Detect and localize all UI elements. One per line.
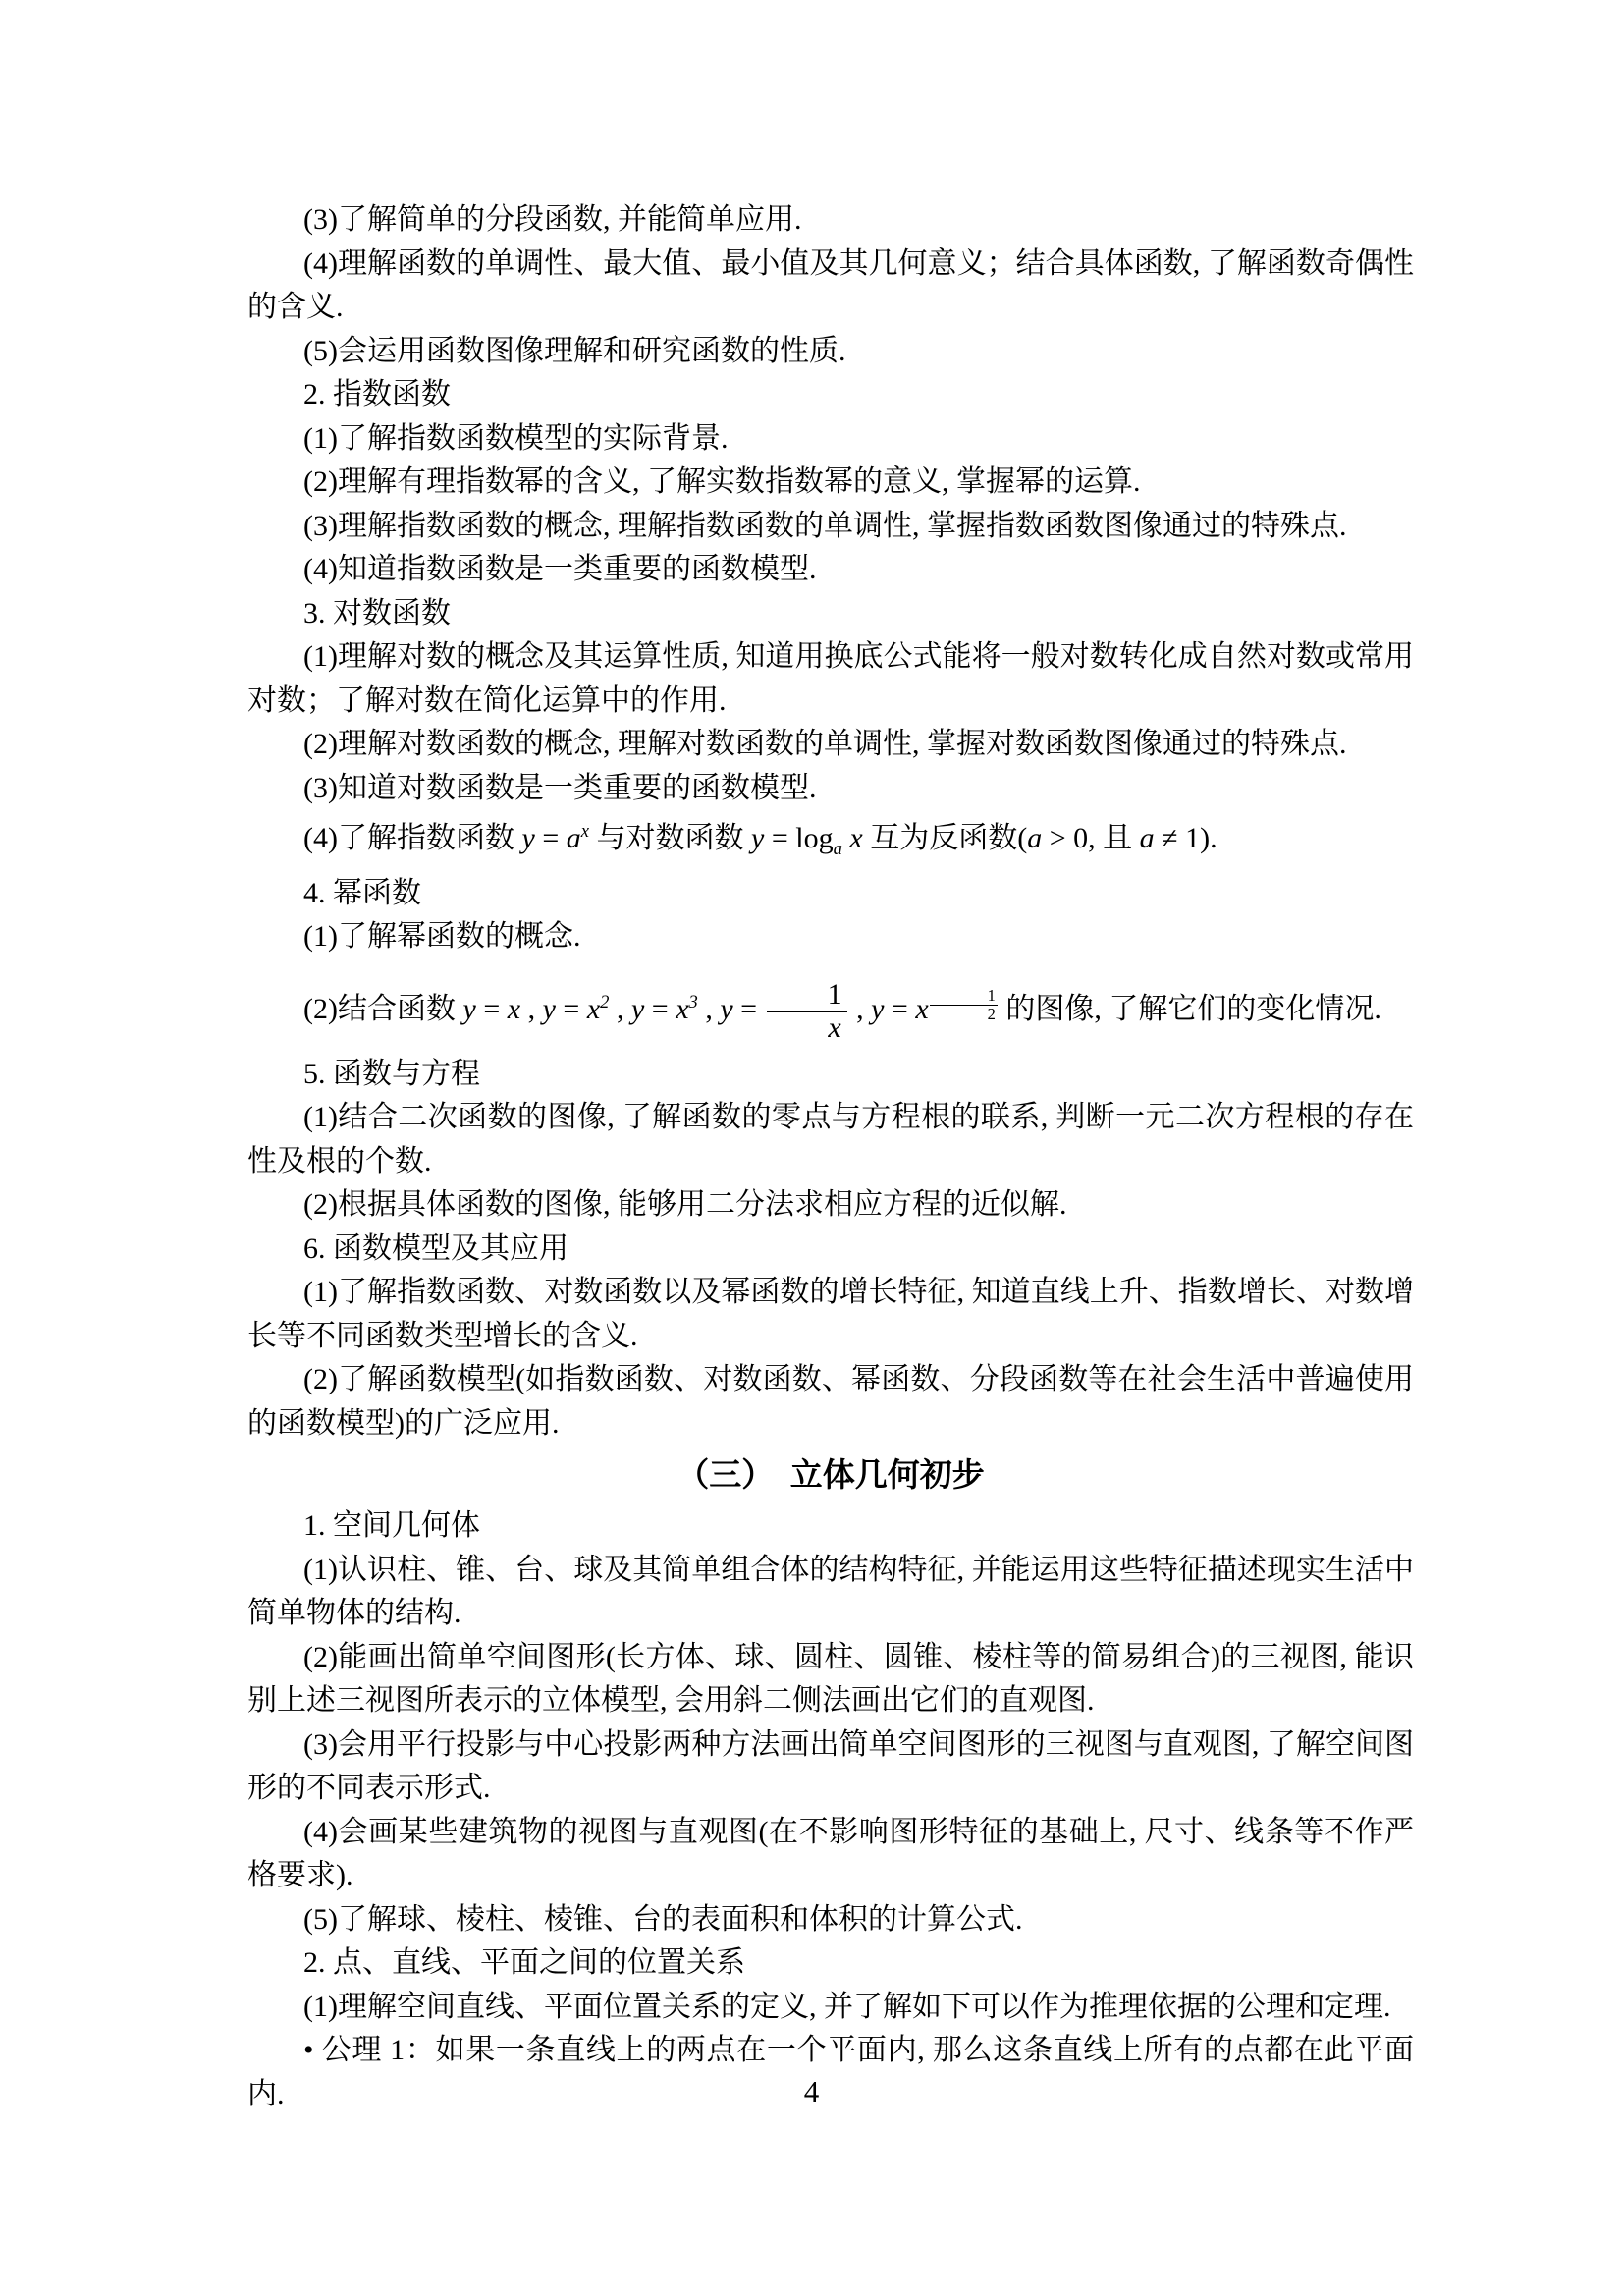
page-number: 4: [0, 2074, 1623, 2109]
paragraph: (1)了解指数函数模型的实际背景.: [247, 417, 1414, 462]
paragraph: (1)认识柱、锥、台、球及其简单组合体的结构特征, 并能运用这些特征描述现实生活…: [247, 1549, 1414, 1636]
paragraph: (2)结合函数 y = x , y = x2 , y = x3 , y = 1x…: [247, 959, 1414, 1053]
paragraph: 6. 函数模型及其应用: [247, 1228, 1414, 1272]
paragraph: (3)理解指数函数的概念, 理解指数函数的单调性, 掌握指数函数图像通过的特殊点…: [247, 505, 1414, 549]
paragraph: (1)理解对数的概念及其运算性质, 知道用换底公式能将一般对数转化成自然对数或常…: [247, 635, 1414, 723]
document-page: (3)了解简单的分段函数, 并能简单应用.(4)理解函数的单调性、最大值、最小值…: [0, 0, 1623, 2296]
section-heading: （三） 立体几何初步: [247, 1451, 1414, 1501]
paragraph: (1)了解幂函数的概念.: [247, 915, 1414, 959]
paragraph: (1)了解指数函数、对数函数以及幂函数的增长特征, 知道直线上升、指数增长、对数…: [247, 1271, 1414, 1358]
paragraph: (2)理解有理指数幂的含义, 了解实数指数幂的意义, 掌握幂的运算.: [247, 461, 1414, 505]
paragraph: (4)知道指数函数是一类重要的函数模型.: [247, 548, 1414, 592]
paragraph: (3)了解简单的分段函数, 并能简单应用.: [247, 198, 1414, 243]
fraction: 1x: [767, 979, 847, 1043]
paragraph: (4)了解指数函数 y = ax 与对数函数 y = loga x 互为反函数(…: [247, 810, 1414, 872]
paragraph: (2)能画出简单空间图形(长方体、球、圆柱、圆锥、棱柱等的简易组合)的三视图, …: [247, 1636, 1414, 1723]
paragraph: (3)知道对数函数是一类重要的函数模型.: [247, 767, 1414, 811]
paragraph: (4)理解函数的单调性、最大值、最小值及其几何意义；结合具体函数, 了解函数奇偶…: [247, 243, 1414, 330]
paragraph: (4)会画某些建筑物的视图与直观图(在不影响图形特征的基础上, 尺寸、线条等不作…: [247, 1811, 1414, 1898]
paragraph: 2. 点、直线、平面之间的位置关系: [247, 1941, 1414, 1986]
paragraph: 2. 指数函数: [247, 373, 1414, 417]
paragraph: (2)了解函数模型(如指数函数、对数函数、幂函数、分段函数等在社会生活中普遍使用…: [247, 1358, 1414, 1446]
paragraph: 1. 空间几何体: [247, 1504, 1414, 1549]
paragraph: (2)根据具体函数的图像, 能够用二分法求相应方程的近似解.: [247, 1183, 1414, 1228]
document-body: (3)了解简单的分段函数, 并能简单应用.(4)理解函数的单调性、最大值、最小值…: [247, 198, 1414, 2116]
paragraph: 5. 函数与方程: [247, 1053, 1414, 1097]
paragraph: 3. 对数函数: [247, 592, 1414, 636]
paragraph: (3)会用平行投影与中心投影两种方法画出简单空间图形的三视图与直观图, 了解空间…: [247, 1723, 1414, 1811]
paragraph: (5)会运用函数图像理解和研究函数的性质.: [247, 330, 1414, 374]
paragraph: (2)理解对数函数的概念, 理解对数函数的单调性, 掌握对数函数图像通过的特殊点…: [247, 723, 1414, 767]
paragraph: 4. 幂函数: [247, 872, 1414, 916]
paragraph: (1)理解空间直线、平面位置关系的定义, 并了解如下可以作为推理依据的公理和定理…: [247, 1986, 1414, 2030]
fraction: 12: [930, 987, 998, 1022]
paragraph: (1)结合二次函数的图像, 了解函数的零点与方程根的联系, 判断一元二次方程根的…: [247, 1096, 1414, 1183]
paragraph: (5)了解球、棱柱、棱锥、台的表面积和体积的计算公式.: [247, 1898, 1414, 1942]
